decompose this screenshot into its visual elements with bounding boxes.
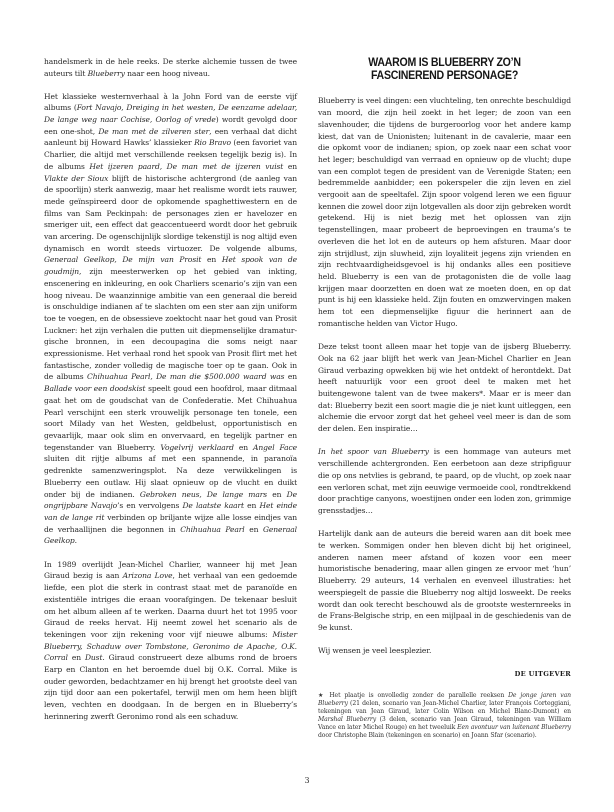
paragraph: Hartelijk dank aan de auteurs die bereid… (318, 528, 571, 633)
paragraph: Het klassieke westernverhaal à la John F… (44, 91, 297, 547)
right-column: WAAROM IS BLUEBERRY ZO’N FASCINEREND PER… (318, 56, 571, 740)
footnote: ★ Het plaatje is onvolledig zonder de pa… (318, 692, 571, 739)
paragraph: Blueberry is veel dingen: een vluchtelin… (318, 95, 571, 329)
section-heading: WAAROM IS BLUEBERRY ZO’N FASCINEREND PER… (336, 56, 554, 82)
paragraph: Wij wensen je veel leesplezier. (318, 645, 571, 657)
signature: DE UITGEVER (318, 669, 571, 681)
heading-line: FASCINEREND PERSONAGE? (336, 69, 554, 82)
star-icon: ★ (318, 692, 329, 699)
paragraph: handelsmerk in de hele reeks. De sterke … (44, 56, 297, 79)
paragraph: In 1989 overlijdt Jean-Michel Charlier, … (44, 559, 297, 723)
left-column: handelsmerk in de hele reeks. De sterke … (44, 56, 297, 734)
paragraph: Deze tekst toont alleen maar het topje v… (318, 341, 571, 435)
page-number: 3 (0, 776, 614, 785)
paragraph: In het spoor van Blueberry is een hommag… (318, 446, 571, 516)
